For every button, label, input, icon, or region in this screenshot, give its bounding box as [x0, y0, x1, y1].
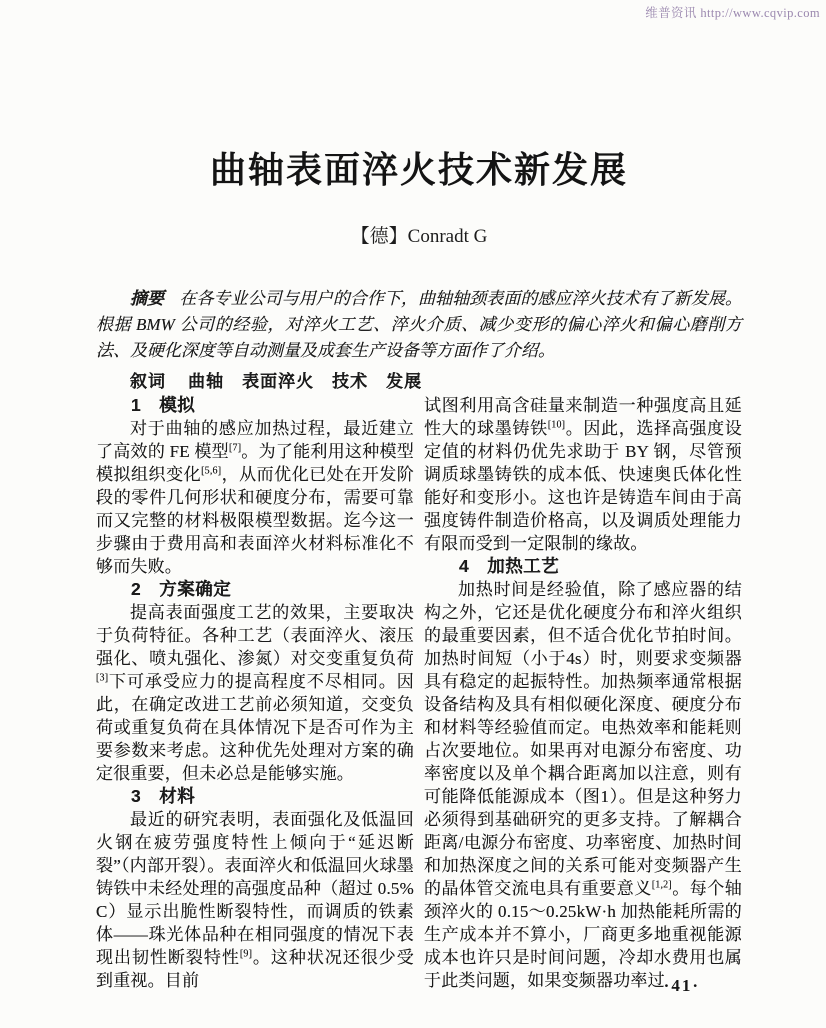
- citation-ref: [3]: [96, 672, 108, 683]
- column-right: 试图利用高含硅量来制造一种强度高且延性大的球墨铸铁[10]。因此，选择高强度设定…: [424, 394, 742, 994]
- body-paragraph: 最近的研究表明，表面强化及低温回火钢在疲劳强度特性上倾向于“延迟断裂”（内部开裂…: [96, 808, 414, 992]
- citation-ref: [5,6]: [201, 465, 221, 476]
- body-paragraph: 提高表面强度工艺的效果，主要取决于负荷特征。各种工艺（表面淬火、滚压强化、喷丸强…: [96, 601, 414, 785]
- watermark-text: 维普资讯 http://www.cqvip.com: [645, 6, 820, 20]
- citation-ref: [9]: [240, 948, 252, 959]
- body-paragraph: 对于曲轴的感应加热过程，最近建立了高效的 FE 模型[7]。为了能利用这种模型模…: [96, 417, 414, 578]
- watermark: 维普资讯 http://www.cqvip.com: [645, 3, 820, 21]
- page-number: ·41·: [96, 976, 742, 996]
- abstract-label: 摘要: [130, 289, 164, 308]
- front-matter: 摘要在各专业公司与用户的合作下，曲轴轴颈表面的感应淬火技术有了新发展。根据 BM…: [96, 286, 742, 395]
- section-heading: 1 模拟: [96, 394, 414, 417]
- body-paragraph: 试图利用高含硅量来制造一种强度高且延性大的球墨铸铁[10]。因此，选择高强度设定…: [424, 394, 742, 555]
- scanned-paper-page: 维普资讯 http://www.cqvip.com 曲轴表面淬火技术新发展 【德…: [0, 0, 826, 1028]
- keywords-line: 叙词曲轴 表面淬火 技术 发展: [96, 369, 742, 395]
- section-heading: 3 材料: [96, 785, 414, 808]
- column-left: 1 模拟对于曲轴的感应加热过程，最近建立了高效的 FE 模型[7]。为了能利用这…: [96, 394, 414, 994]
- citation-ref: [10]: [548, 419, 565, 430]
- article-author: 【德】Conradt G: [96, 221, 742, 248]
- section-heading: 4 加热工艺: [424, 555, 742, 578]
- citation-ref: [1,2]: [652, 879, 672, 890]
- section-heading: 2 方案确定: [96, 578, 414, 601]
- article-title: 曲轴表面淬火技术新发展: [96, 150, 742, 190]
- article-body: 1 模拟对于曲轴的感应加热过程，最近建立了高效的 FE 模型[7]。为了能利用这…: [96, 394, 742, 994]
- keywords-label: 叙词: [130, 372, 166, 391]
- body-paragraph: 加热时间是经验值，除了感应器的结构之外，它还是优化硬度分布和淬火组织的最重要因素…: [424, 578, 742, 992]
- keywords-terms: 曲轴 表面淬火 技术 发展: [188, 372, 422, 391]
- citation-ref: [7]: [229, 442, 241, 453]
- abstract-text: 在各专业公司与用户的合作下，曲轴轴颈表面的感应淬火技术有了新发展。根据 BMW …: [96, 289, 742, 360]
- abstract: 摘要在各专业公司与用户的合作下，曲轴轴颈表面的感应淬火技术有了新发展。根据 BM…: [96, 286, 742, 364]
